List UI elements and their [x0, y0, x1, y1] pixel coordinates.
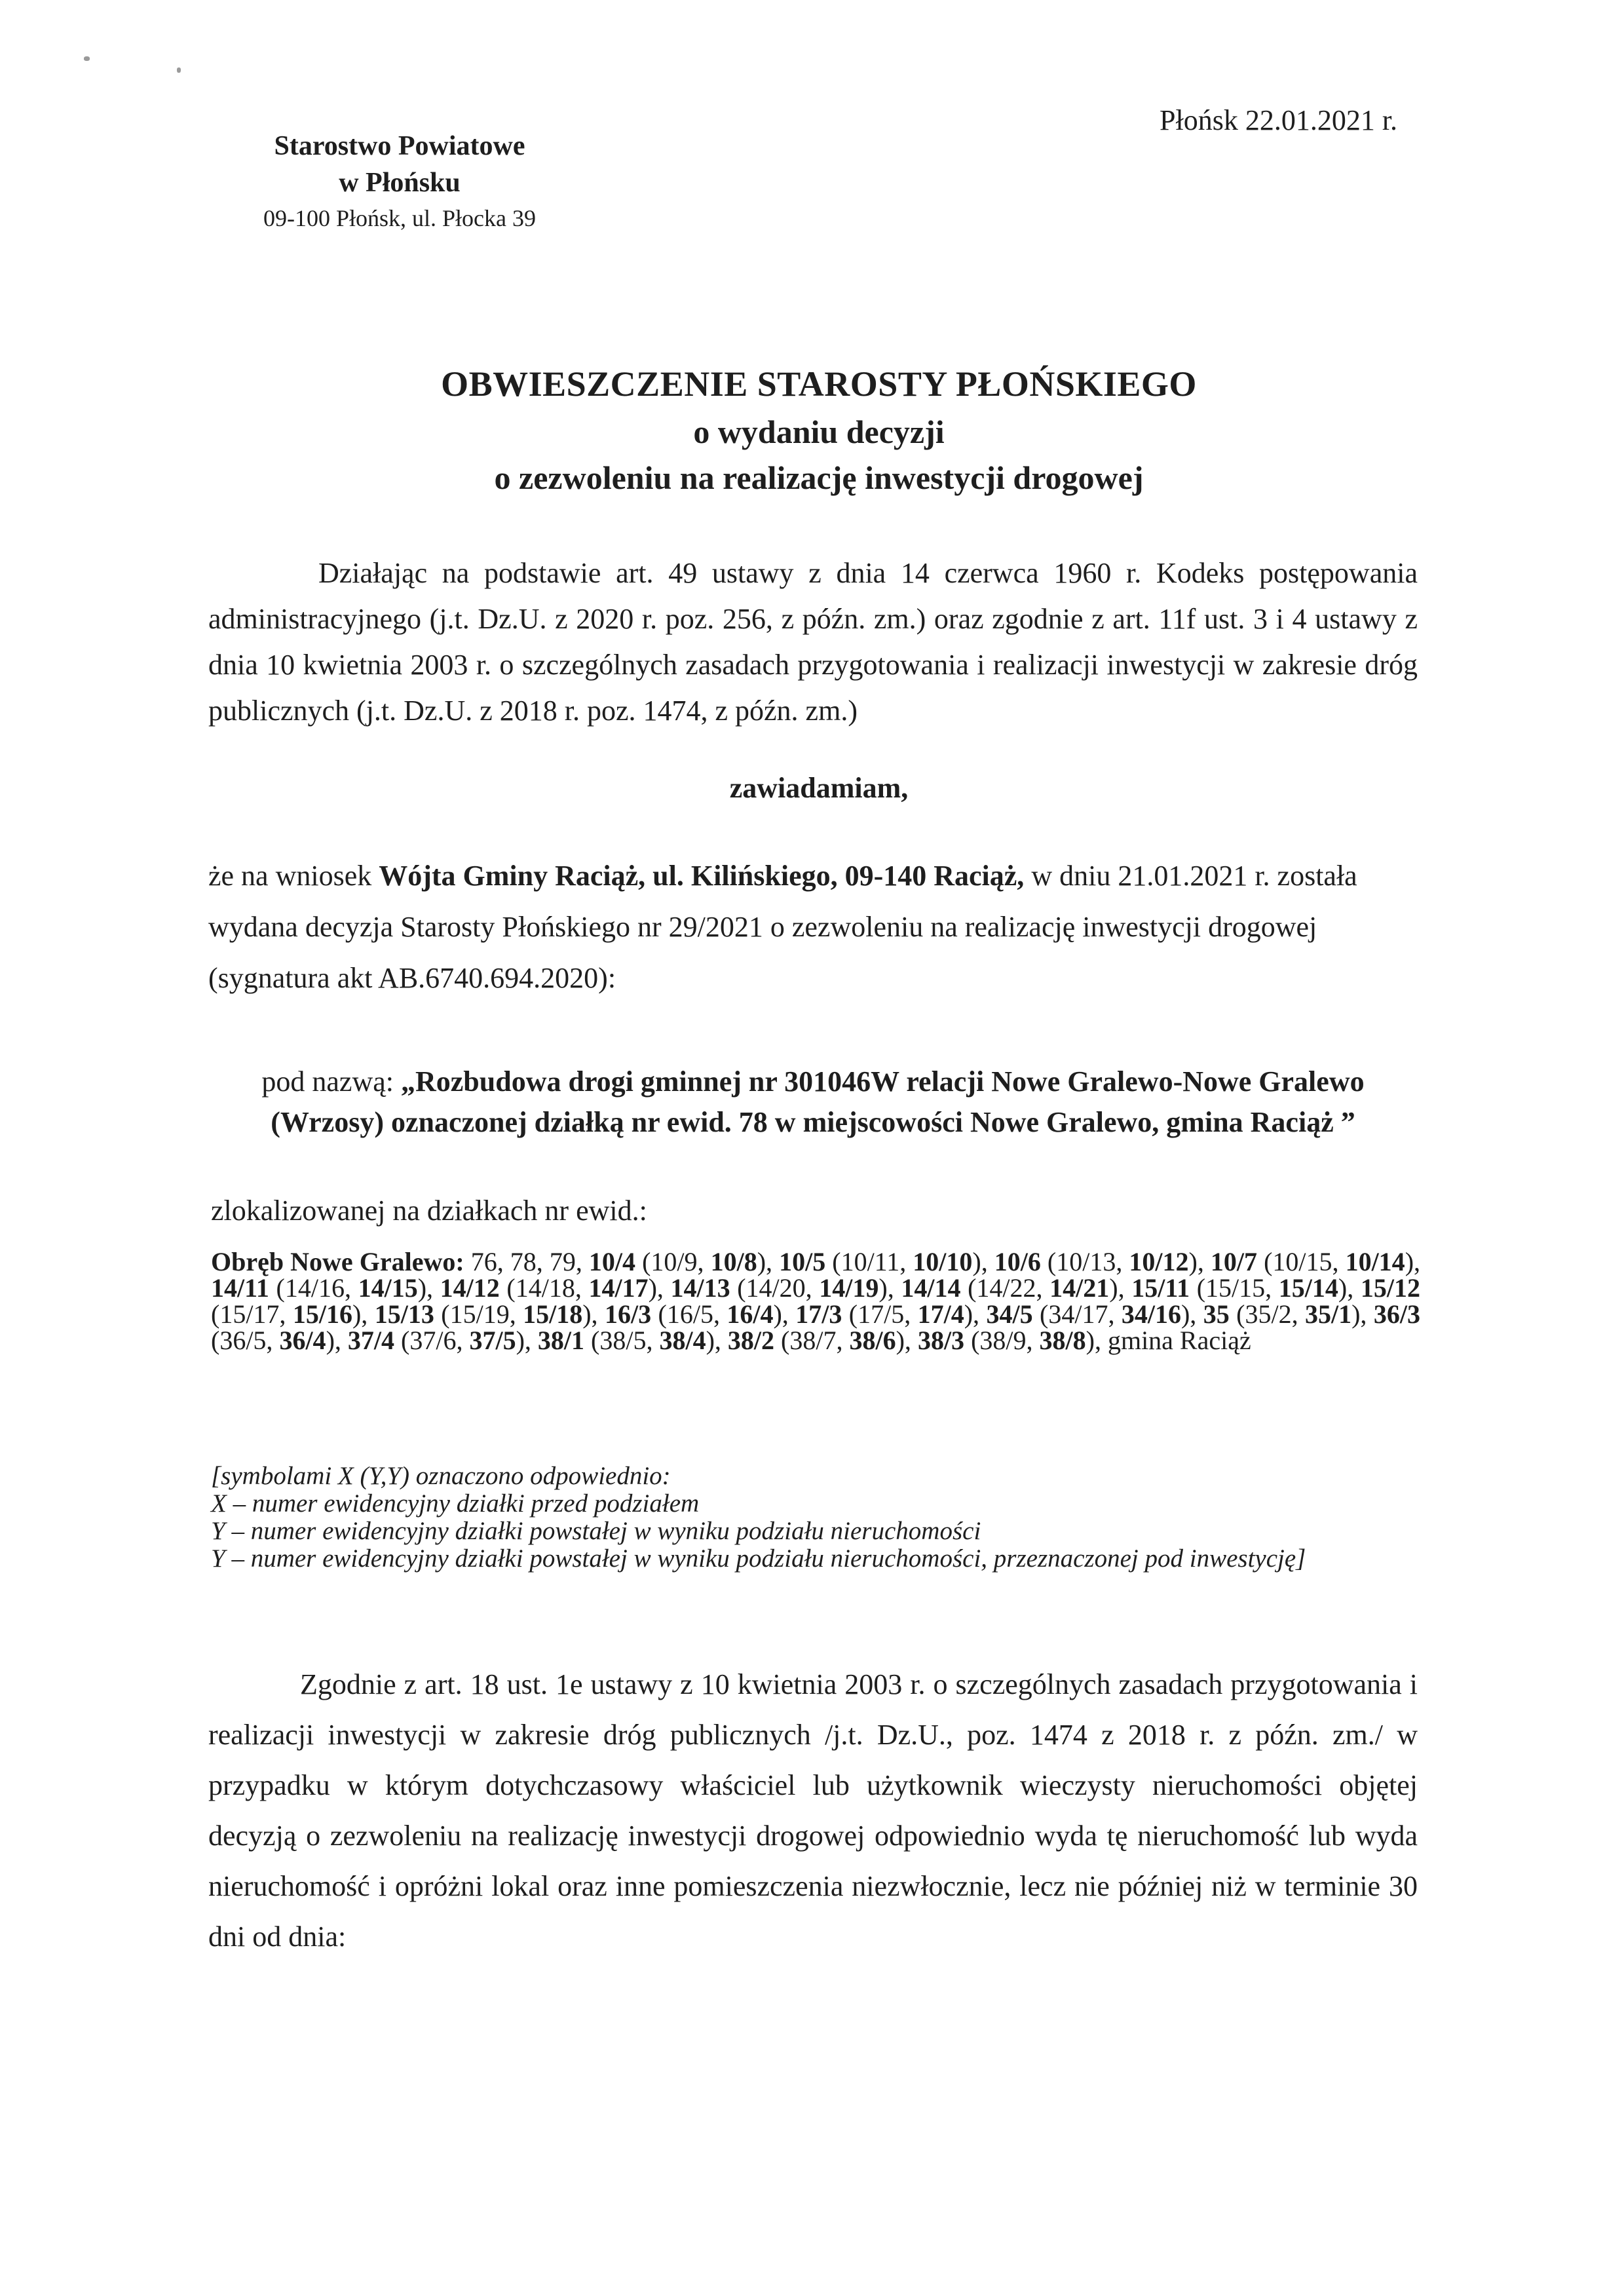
parcel-entry: 15/13 (15/19, 15/18), — [375, 1299, 605, 1329]
sender-block: Starostwo Powiatowe w Płońsku 09-100 Pło… — [216, 128, 583, 235]
parcel-entry: 10/6 (10/13, 10/12), — [994, 1247, 1211, 1276]
parcel-entry: 14/11 (14/16, 14/15), — [211, 1273, 440, 1303]
document-title: OBWIESZCZENIE STAROSTY PŁOŃSKIEGO o wyda… — [197, 359, 1441, 501]
parcel-entry: 14/14 (14/22, 14/21), — [901, 1273, 1131, 1303]
closing-paragraph: Zgodnie z art. 18 ust. 1e ustawy z 10 kw… — [208, 1659, 1418, 1962]
parcel-entry: 38/2 (38/7, 38/6), — [728, 1326, 918, 1355]
parcel-list: Obręb Nowe Gralewo: 76, 78, 79, 10/4 (10… — [211, 1249, 1420, 1354]
symbol-legend: [symbolami X (Y,Y) oznaczono odpowiednio… — [211, 1463, 1420, 1573]
parcel-entry: 15/11 (15/15, 15/14), — [1131, 1273, 1361, 1303]
investment-prefix: pod nazwą: — [261, 1065, 401, 1098]
title-line-1: OBWIESZCZENIE STAROSTY PŁOŃSKIEGO — [197, 359, 1441, 409]
decision-prefix: że na wniosek — [208, 860, 379, 892]
location-label: zlokalizowanej na działkach nr ewid.: — [211, 1194, 647, 1227]
plain-parcels: 76, 78, 79, — [471, 1247, 582, 1276]
sender-city: w Płońsku — [216, 164, 583, 201]
parcel-entry: 14/12 (14/18, 14/17), — [440, 1273, 671, 1303]
applicant: Wójta Gminy Raciąż, ul. Kilińskiego, 09-… — [379, 860, 1024, 892]
sender-address: 09-100 Płońsk, ul. Płocka 39 — [216, 201, 583, 235]
announce-heading: zawiadamiam, — [197, 771, 1441, 805]
intro-paragraph: Działając na podstawie art. 49 ustawy z … — [208, 550, 1418, 734]
parcel-entry: 10/5 (10/11, 10/10), — [779, 1247, 994, 1276]
legend-line: [symbolami X (Y,Y) oznaczono odpowiednio… — [211, 1463, 1420, 1490]
parcel-entry: 17/3 (17/5, 17/4), — [795, 1299, 986, 1329]
parcel-entry: 38/3 (38/9, 38/8), — [918, 1326, 1101, 1355]
legend-line: Y – numer ewidencyjny działki powstałej … — [211, 1545, 1420, 1573]
precinct-label: Obręb Nowe Gralewo: — [211, 1247, 464, 1276]
parcel-entry: 16/3 (16/5, 16/4), — [605, 1299, 795, 1329]
parcel-entry: 37/4 (37/6, 37/5), — [348, 1326, 538, 1355]
document-date: Płońsk 22.01.2021 r. — [1160, 104, 1397, 137]
investment-name: „Rozbudowa drogi gminnej nr 301046W rela… — [271, 1065, 1364, 1138]
legend-line: X – numer ewidencyjny działki przed podz… — [211, 1490, 1420, 1518]
investment-name-paragraph: pod nazwą: „Rozbudowa drogi gminnej nr 3… — [208, 1062, 1418, 1143]
scan-speck — [84, 56, 90, 61]
parcel-entry: 10/7 (10/15, 10/14), — [1211, 1247, 1420, 1276]
parcel-entry: 34/5 (34/17, 34/16), — [986, 1299, 1203, 1329]
legend-line: Y – numer ewidencyjny działki powstałej … — [211, 1518, 1420, 1545]
parcel-entry: 35 (35/2, 35/1), — [1203, 1299, 1374, 1329]
sender-name: Starostwo Powiatowe — [216, 128, 583, 164]
title-line-2: o wydaniu decyzji — [197, 409, 1441, 455]
parcel-entry: 14/13 (14/20, 14/19), — [671, 1273, 901, 1303]
scan-speck — [177, 67, 181, 73]
parcel-entry: 10/4 (10/9, 10/8), — [589, 1247, 779, 1276]
title-line-3: o zezwoleniu na realizację inwestycji dr… — [197, 455, 1441, 501]
decision-paragraph: że na wniosek Wójta Gminy Raciąż, ul. Ki… — [208, 851, 1418, 1004]
parcel-suffix: gmina Raciąż — [1108, 1326, 1251, 1355]
parcel-entry: 38/1 (38/5, 38/4), — [538, 1326, 728, 1355]
